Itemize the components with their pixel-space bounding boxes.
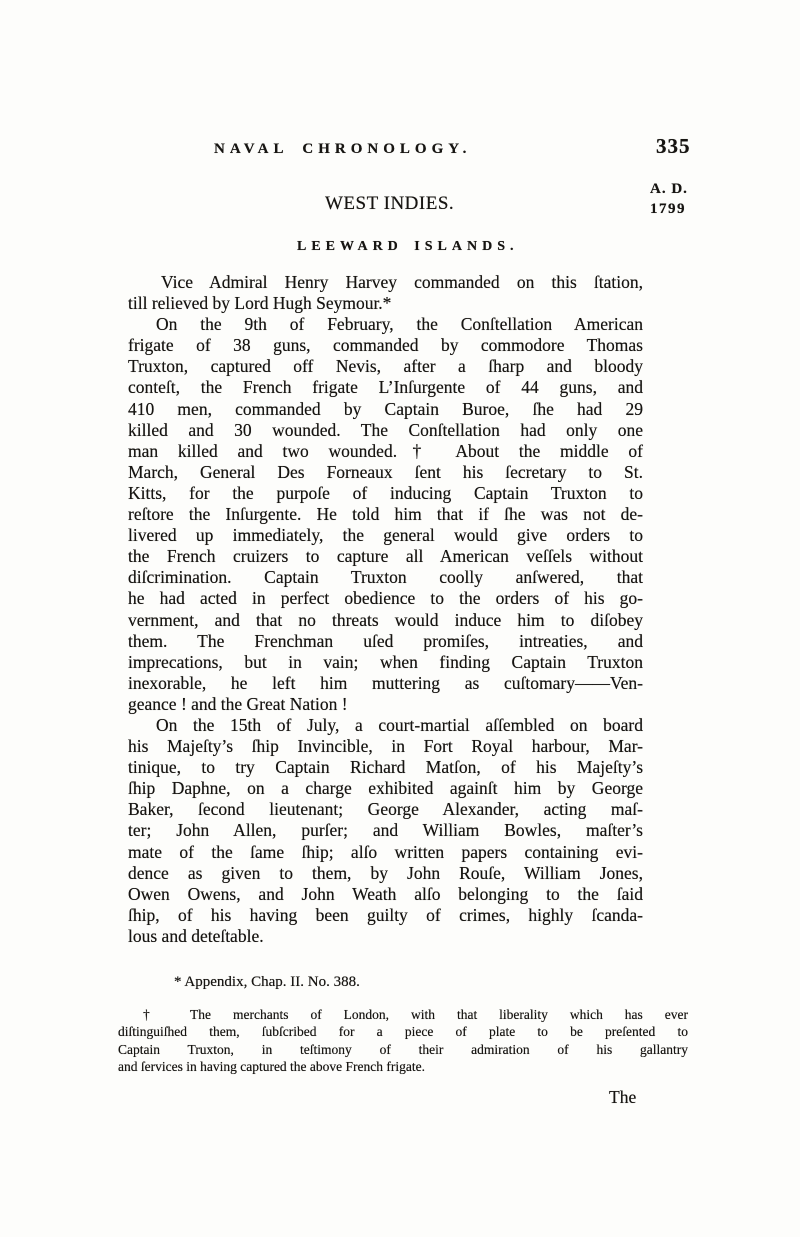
text-line: 410 men, commanded by Captain Buroe, ſhe… <box>128 399 643 420</box>
subsection-title: LEEWARD ISLANDS. <box>297 239 518 255</box>
text-line: he had acted in perfect obedience to the… <box>128 588 643 609</box>
margin-date-note: A. D. 1799 <box>650 179 688 219</box>
text-line: livered up immediately, the general woul… <box>128 525 643 546</box>
text-line: † The merchants of London, with that lib… <box>118 1006 688 1023</box>
text-line: dence as given to them, by John Rouſe, W… <box>128 863 643 884</box>
text-line: Kitts, for the purpoſe of inducing Capta… <box>128 483 643 504</box>
text-line: and ſervices in having captured the abov… <box>118 1058 688 1075</box>
book-page: NAVAL CHRONOLOGY. 335 A. D. 1799 WEST IN… <box>0 0 800 1237</box>
text-line: ſhip, of his having been guilty of crime… <box>128 905 643 926</box>
text-line: killed and 30 wounded. The Conſtellation… <box>128 420 643 441</box>
paragraph-court-martial: On the 15th of July, a court-martial aſſ… <box>128 715 643 947</box>
text-line: the French cruizers to capture all Ameri… <box>128 546 643 567</box>
text-line: ter; John Allen, purſer; and William Bow… <box>128 820 643 841</box>
text-line: vernment, and that no threats would indu… <box>128 610 643 631</box>
text-line: diſtinguiſhed them, ſubſcribed for a pie… <box>118 1023 688 1040</box>
paragraph-harvey-command: Vice Admiral Henry Harvey commanded on t… <box>128 272 643 314</box>
text-line: inexorable, he left him muttering as cuſ… <box>128 673 643 694</box>
text-line: tinique, to try Captain Richard Matſon, … <box>128 757 643 778</box>
text-line: March, General Des Forneaux ſent his ſec… <box>128 462 643 483</box>
text-line: Baker, ſecond lieutenant; George Alexand… <box>128 799 643 820</box>
text-line: Truxton, captured off Nevis, after a ſha… <box>128 356 643 377</box>
text-line: Owen Owens, and John Weath alſo belongin… <box>128 884 643 905</box>
page-number: 335 <box>656 134 691 159</box>
text-line: reſtore the Inſurgente. He told him that… <box>128 504 643 525</box>
text-line: geance ! and the Great Nation ! <box>128 694 643 715</box>
text-line: * Appendix, Chap. II. No. 388. <box>118 973 688 992</box>
text-line: ſhip Daphne, on a charge exhibited again… <box>128 778 643 799</box>
footnote-appendix-reference: * Appendix, Chap. II. No. 388. <box>118 973 688 992</box>
text-line: On the 9th of February, the Conſtellatio… <box>128 314 643 335</box>
text-line: mate of the ſame ſhip; alſo written pape… <box>128 842 643 863</box>
text-line: conteſt, the French frigate L’Inſurgente… <box>128 377 643 398</box>
text-line: till relieved by Lord Hugh Seymour.* <box>128 293 643 314</box>
section-title: WEST INDIES. <box>325 193 454 215</box>
text-line: frigate of 38 guns, commanded by commodo… <box>128 335 643 356</box>
text-line: imprecations, but in vain; when finding … <box>128 652 643 673</box>
text-line: them. The Frenchman uſed promiſes, intre… <box>128 631 643 652</box>
margin-note-era: A. D. <box>650 179 688 199</box>
footnote-merchants-of-london: † The merchants of London, with that lib… <box>118 1006 688 1075</box>
text-line: lous and deteſtable. <box>128 926 643 947</box>
text-line: his Majeſty’s ſhip Invincible, in Fort R… <box>128 736 643 757</box>
text-line: On the 15th of July, a court-martial aſſ… <box>128 715 643 736</box>
body-text: Vice Admiral Henry Harvey commanded on t… <box>128 272 643 947</box>
text-line: diſcrimination. Captain Truxton coolly a… <box>128 567 643 588</box>
text-line: Vice Admiral Henry Harvey commanded on t… <box>128 272 643 293</box>
text-line: Captain Truxton, in teſtimony of their a… <box>118 1041 688 1058</box>
running-header-title: NAVAL CHRONOLOGY. <box>214 141 471 158</box>
margin-note-year: 1799 <box>650 199 688 219</box>
text-line: man killed and two wounded.† About the m… <box>128 441 643 462</box>
catchword: The <box>609 1087 636 1108</box>
paragraph-constellation-insurgente: On the 9th of February, the Conſtellatio… <box>128 314 643 715</box>
